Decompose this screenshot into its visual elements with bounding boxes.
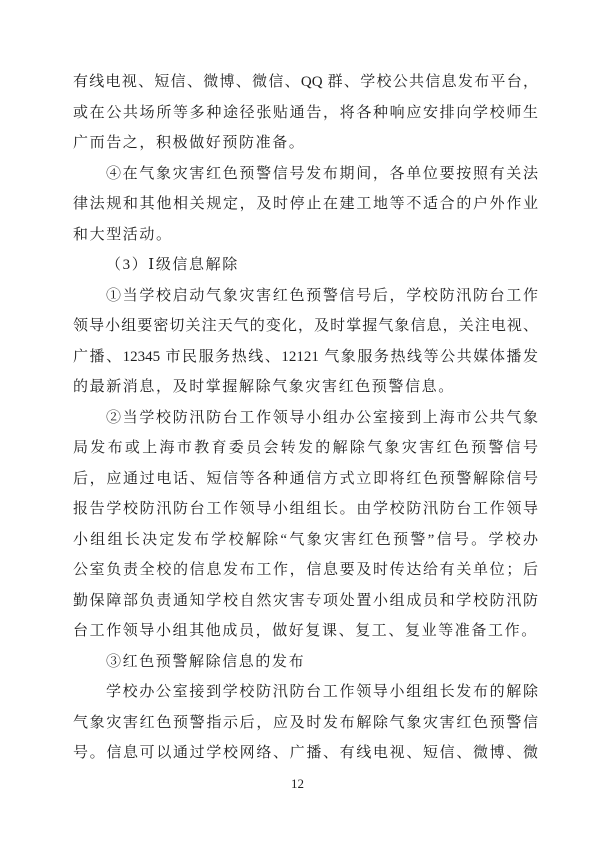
page-number: 12 xyxy=(0,775,595,793)
text-line: 领导小组要密切关注天气的变化，及时掌握气象信息，关注电视、 xyxy=(73,311,538,342)
text-line: 气象灾害红色预警指示后，应及时发布解除气象灾害红色预警信 xyxy=(73,708,538,739)
text-line: 律法规和其他相关规定，及时停止在建工地等不适合的户外作业 xyxy=(73,189,538,220)
section-heading: ③红色预警解除信息的发布 xyxy=(73,647,538,678)
text-line: 学校办公室接到学校防汛防台工作领导小组组长发布的解除 xyxy=(73,677,538,708)
text-line: 广而告之，积极做好预防准备。 xyxy=(73,128,538,159)
text-line: ②当学校防汛防台工作领导小组办公室接到上海市公共气象 xyxy=(73,403,538,434)
document-page: 有线电视、短信、微博、微信、QQ 群、学校公共信息发布平台， 或在公共场所等多种… xyxy=(0,0,595,842)
text-line: 台工作领导小组其他成员，做好复课、复工、复业等准备工作。 xyxy=(73,616,538,647)
text-line: 公室负责全校的信息发布工作，信息要及时传达给有关单位；后 xyxy=(73,555,538,586)
section-heading: （3）Ⅰ级信息解除 xyxy=(73,250,538,281)
text-line: 和大型活动。 xyxy=(73,220,538,251)
text-line: 后，应通过电话、短信等各种通信方式立即将红色预警解除信号 xyxy=(73,464,538,495)
text-line: 报告学校防汛防台工作领导小组组长。由学校防汛防台工作领导 xyxy=(73,494,538,525)
text-line: 有线电视、短信、微博、微信、QQ 群、学校公共信息发布平台， xyxy=(73,67,538,98)
text-line: 勤保障部负责通知学校自然灾害专项处置小组成员和学校防汛防 xyxy=(73,586,538,617)
text-line: ①当学校启动气象灾害红色预警信号后，学校防汛防台工作 xyxy=(73,281,538,312)
text-line: 广播、12345 市民服务热线、12121 气象服务热线等公共媒体播发 xyxy=(73,342,538,373)
text-line: 小组组长决定发布学校解除“气象灾害红色预警”信号。学校办 xyxy=(73,525,538,556)
text-line: 或在公共场所等多种途径张贴通告，将各种响应安排向学校师生 xyxy=(73,98,538,129)
text-line: 的最新消息，及时掌握解除气象灾害红色预警信息。 xyxy=(73,372,538,403)
text-line: 号。信息可以通过学校网络、广播、有线电视、短信、微博、微 xyxy=(73,738,538,769)
document-body: 有线电视、短信、微博、微信、QQ 群、学校公共信息发布平台， 或在公共场所等多种… xyxy=(73,67,538,769)
text-line: 局发布或上海市教育委员会转发的解除气象灾害红色预警信号 xyxy=(73,433,538,464)
text-line: ④在气象灾害红色预警信号发布期间，各单位要按照有关法 xyxy=(73,159,538,190)
